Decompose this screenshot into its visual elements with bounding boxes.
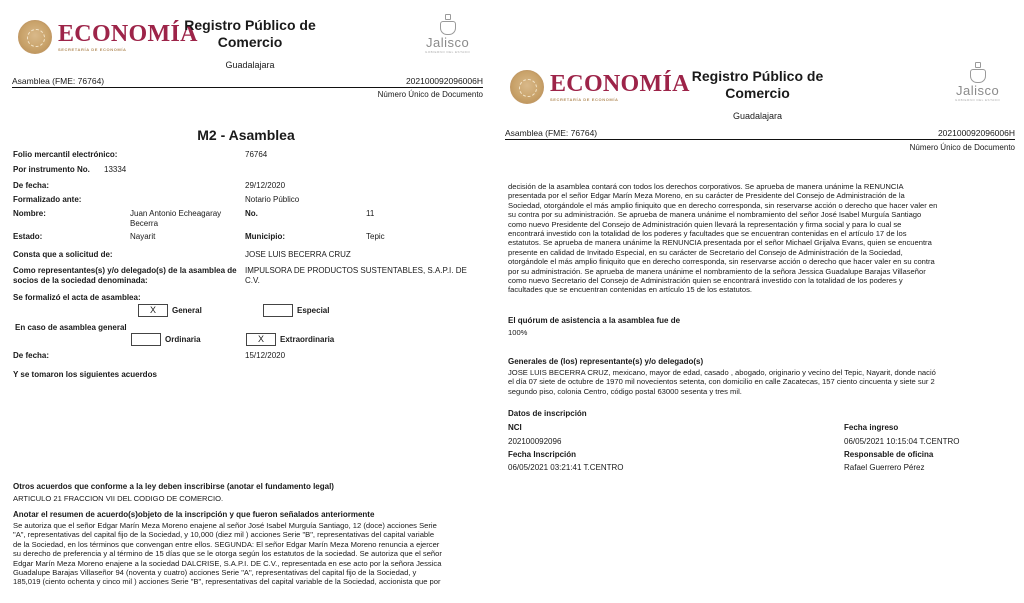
instrumento-value: 13334: [104, 165, 126, 175]
economia-logo: ECONOMÍA SECRETARÍA DE ECONOMÍA: [510, 70, 690, 104]
continuation-line: otorgándole el más amplio finiquito que …: [508, 257, 1014, 266]
acuerdos-label: Y se tomaron los siguientes acuerdos: [13, 370, 157, 380]
city-label: Guadalajara: [170, 60, 330, 70]
continuation-line: estatutos. Se aprueba de manera unánime …: [508, 238, 1014, 247]
estado-label: Estado:: [13, 232, 42, 242]
resumen-line: "A", representativas del capital fijo de…: [13, 530, 491, 539]
quorum-section: El quórum de asistencia a la asamblea fu…: [508, 316, 1014, 337]
document-reference: Asamblea (FME: 76764): [12, 76, 104, 86]
extraordinaria-label: Extraordinaria: [280, 335, 334, 344]
resumen-section: Anotar el resumen de acuerdo(s)objeto de…: [13, 510, 491, 587]
city-label: Guadalajara: [670, 111, 845, 121]
registry-title: Registro Público de Comercio: [170, 17, 330, 51]
jalisco-logo: Jalisco GOBIERNO DEL ESTADO: [955, 62, 1000, 102]
resumen-line: Guadalupe Barajas Villaseñor 94 (noventa…: [13, 568, 491, 577]
generales-line: segundo piso, colonia Centro, código pos…: [508, 387, 1014, 396]
document-number-label: Número Único de Documento: [505, 143, 1015, 152]
nci-value: 202100092096: [508, 437, 561, 447]
jalisco-logo: Jalisco GOBIERNO DEL ESTADO: [425, 14, 470, 54]
document-page-right: ECONOMÍA SECRETARÍA DE ECONOMÍA Registro…: [500, 50, 1024, 603]
page-header: ECONOMÍA SECRETARÍA DE ECONOMÍA Registro…: [0, 0, 492, 62]
continuation-line: encontrará investido con la totalidad de…: [508, 229, 1014, 238]
resumen-line: Edgar Marín Meza Moreno enajene a la soc…: [13, 559, 491, 568]
continuation-line: como nuevo Secretario del Consejo de Adm…: [508, 276, 1014, 285]
acuerdos-continuation-text: decisión de la asamblea contará con todo…: [508, 182, 1014, 295]
fecha-ingreso-label: Fecha ingreso: [844, 423, 898, 433]
formalizado-label: Formalizado ante:: [13, 195, 81, 205]
generales-section: Generales de (los) representante(s) y/o …: [508, 357, 1014, 396]
general-label: General: [172, 306, 202, 315]
municipio-label: Municipio:: [245, 232, 285, 242]
no-value: 11: [366, 209, 374, 219]
document-number-label: Número Único de Documento: [12, 90, 483, 99]
ordinaria-label: Ordinaria: [165, 335, 201, 344]
formalizo-label: Se formalizó el acta de asamblea:: [13, 293, 141, 303]
fecha-asamblea-label: De fecha:: [13, 351, 49, 361]
document-number: 202100092096006H: [938, 128, 1015, 138]
fecha-ingreso-value: 06/05/2021 10:15:04 T.CENTRO: [844, 437, 959, 447]
folio-value: 76764: [245, 150, 267, 160]
responsable-label: Responsable de oficina: [844, 450, 933, 460]
caso-asamblea-label: En caso de asamblea general: [15, 323, 127, 333]
especial-label: Especial: [297, 306, 329, 315]
fecha-inscripcion-value: 06/05/2021 03:21:41 T.CENTRO: [508, 463, 623, 473]
nci-label: NCI: [508, 423, 522, 433]
general-checkbox: X: [138, 304, 168, 317]
fecha-asamblea-value: 15/12/2020: [245, 351, 285, 361]
generales-text: JOSE LUIS BECERRA CRUZ, mexicano, mayor …: [508, 368, 1014, 396]
fecha-value: 29/12/2020: [245, 181, 285, 191]
folio-label: Folio mercantil electrónico:: [13, 150, 117, 160]
resumen-line: Se autoriza que el señor Edgar Marín Mez…: [13, 521, 491, 530]
especial-checkbox: [263, 304, 293, 317]
ordinaria-checkbox: [131, 333, 161, 346]
generales-line: JOSE LUIS BECERRA CRUZ, mexicano, mayor …: [508, 368, 1014, 377]
continuation-line: Sociedad, otorgándole el más amplio fini…: [508, 201, 1014, 210]
page-title: M2 - Asamblea: [0, 127, 492, 143]
jalisco-crest-icon: [439, 14, 457, 36]
datos-title: Datos de inscripción: [508, 409, 1014, 419]
jalisco-crest-icon: [969, 62, 987, 84]
national-seal-icon: [18, 20, 52, 54]
national-seal-icon: [510, 70, 544, 104]
resumen-line: 185,019 (ciento ochenta y cinco mil ) ac…: [13, 577, 491, 586]
formalizado-value: Notario Público: [245, 195, 299, 205]
resumen-title: Anotar el resumen de acuerdo(s)objeto de…: [13, 510, 491, 520]
document-reference: Asamblea (FME: 76764): [505, 128, 597, 138]
document-number: 202100092096006H: [406, 76, 483, 86]
consta-label: Consta que a solicitud de:: [13, 250, 113, 260]
quorum-title: El quórum de asistencia a la asamblea fu…: [508, 316, 1014, 326]
instrumento-label: Por instrumento No.: [13, 165, 90, 175]
sociedad-value: IMPULSORA DE PRODUCTOS SUSTENTABLES, S.A…: [245, 266, 467, 286]
otros-acuerdos-value: ARTICULO 21 FRACCION VII DEL CODIGO DE C…: [13, 494, 488, 503]
responsable-value: Rafael Guerrero Pérez: [844, 463, 924, 473]
fecha-label: De fecha:: [13, 181, 49, 191]
continuation-line: presentada por el señor Edgar Marín Meza…: [508, 191, 1014, 200]
continuation-line: facultades que se encuentran contenidas …: [508, 285, 1014, 294]
otros-acuerdos-section: Otros acuerdos que conforme a la ley deb…: [13, 482, 488, 503]
consta-value: JOSE LUIS BECERRA CRUZ: [245, 250, 351, 260]
municipio-value: Tepic: [366, 232, 385, 242]
resumen-text: Se autoriza que el señor Edgar Marín Mez…: [13, 521, 491, 587]
registry-title: Registro Público de Comercio: [670, 68, 845, 102]
resumen-line: su derecho de preferencia y al término d…: [13, 549, 491, 558]
continuation-line: por su administración. Se aprueba de man…: [508, 267, 1014, 276]
fecha-inscripcion-label: Fecha Inscripción: [508, 450, 576, 460]
nombre-value: Juan Antonio Echeagaray Becerra: [130, 209, 221, 229]
no-label: No.: [245, 209, 258, 219]
continuation-line: presente en calidad de Invitado Especial…: [508, 248, 1014, 257]
representantes-label: Como representantes(s) y/o delegado(s) d…: [13, 266, 237, 286]
document-page-left: ECONOMÍA SECRETARÍA DE ECONOMÍA Registro…: [0, 0, 492, 603]
document-meta-row: Asamblea (FME: 76764) 202100092096006H: [12, 76, 483, 88]
datos-inscripcion-section: Datos de inscripción: [508, 409, 1014, 419]
continuation-line: su contra por su administración. Se apru…: [508, 210, 1014, 219]
continuation-line: como nuevo Presidente del Consejo de Adm…: [508, 220, 1014, 229]
continuation-line: decisión de la asamblea contará con todo…: [508, 182, 1014, 191]
estado-value: Nayarit: [130, 232, 155, 242]
generales-line: el día 07 siete de octubre de 1970 mil n…: [508, 377, 1014, 386]
quorum-value: 100%: [508, 328, 1014, 337]
nombre-label: Nombre:: [13, 209, 46, 219]
otros-acuerdos-title: Otros acuerdos que conforme a la ley deb…: [13, 482, 488, 492]
document-meta-row: Asamblea (FME: 76764) 202100092096006H: [505, 128, 1015, 140]
resumen-line: de la Sociedad, en los términos que conv…: [13, 540, 491, 549]
extraordinaria-checkbox: X: [246, 333, 276, 346]
generales-title: Generales de (los) representante(s) y/o …: [508, 357, 1014, 367]
